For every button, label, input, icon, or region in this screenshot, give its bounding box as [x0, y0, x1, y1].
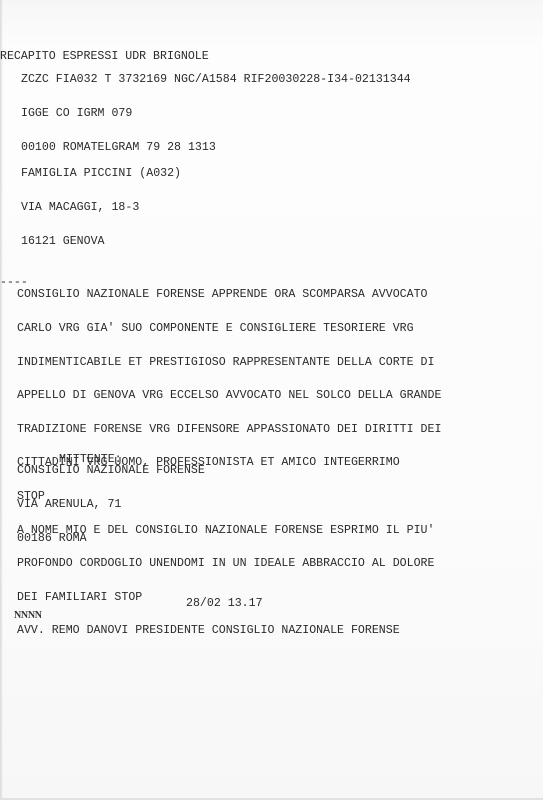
- end-mark-text: NNNN: [14, 610, 42, 621]
- recipient-city: 16121 GENOVA: [21, 236, 181, 247]
- message-line: CONSIGLIO NAZIONALE FORENSE APPRENDE ORA…: [17, 289, 441, 300]
- end-of-message-mark: NNNN: [14, 588, 42, 644]
- recipient-address: FAMIGLIA PICCINI (A032) VIA MACAGGI, 18-…: [21, 146, 181, 269]
- timestamp-text: 28/02 13.17: [186, 598, 263, 609]
- message-line: APPELLO DI GENOVA VRG ECCELSO AVVOCATO N…: [17, 390, 441, 401]
- recipient-name: FAMIGLIA PICCINI (A032): [21, 168, 181, 179]
- sender-name: CONSIGLIO NAZIONALE FORENSE: [17, 465, 205, 476]
- message-line: CARLO VRG GIA' SUO COMPONENTE E CONSIGLI…: [17, 323, 441, 334]
- routing-line: IGGE CO IGRM 079: [21, 108, 411, 119]
- sender-address: CONSIGLIO NAZIONALE FORENSE VIA ARENULA,…: [17, 443, 205, 566]
- routing-line: ZCZC FIA032 T 3732169 NGC/A1584 RIF20030…: [21, 74, 411, 85]
- sender-street: VIA ARENULA, 71: [17, 499, 205, 510]
- scan-edge-left: [0, 0, 3, 800]
- message-line: INDIMENTICABILE ET PRESTIGIOSO RAPPRESEN…: [17, 357, 441, 368]
- timestamp: 28/02 13.17: [186, 576, 263, 632]
- telegram-page: RECAPITO ESPRESSI UDR BRIGNOLE ZCZC FIA0…: [0, 0, 543, 800]
- sender-city: 00186 ROMA: [17, 533, 205, 544]
- recipient-street: VIA MACAGGI, 18-3: [21, 202, 181, 213]
